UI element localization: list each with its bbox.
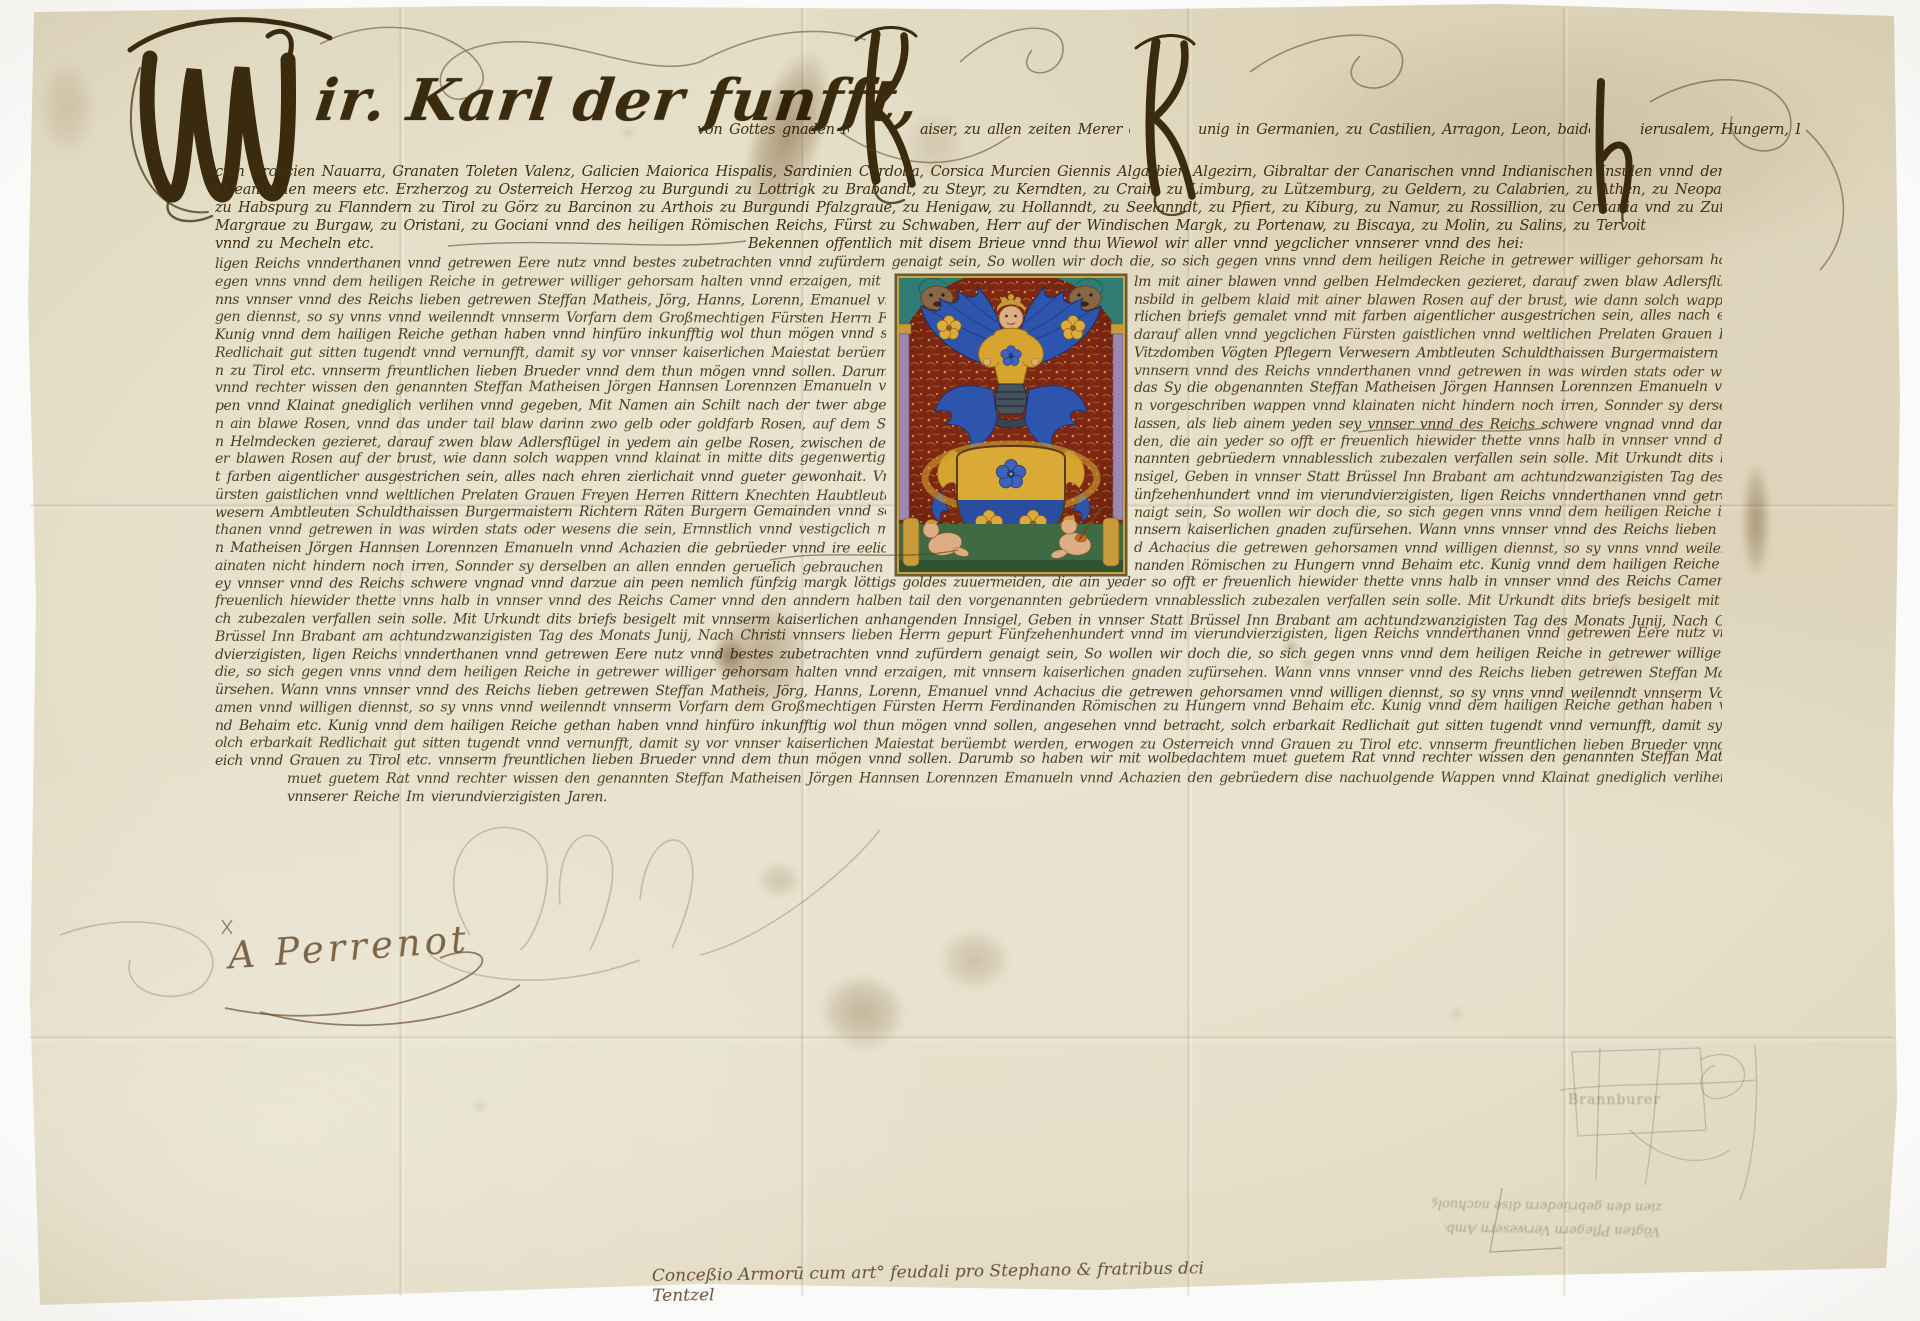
manuscript-text-line: amen vnnd willigen diennst, so sy vnns v… [215, 697, 1722, 716]
manuscript-text-line: t farben aigentlicher ausgestrichen sein… [215, 469, 886, 485]
baluster-left [903, 518, 919, 566]
manuscript-text-line: n Matheisen Jörgen Hannsen Lorennzen Ema… [215, 540, 886, 557]
manuscript-text-line: dvierzigisten, ligen Reichs vnnderthanen… [215, 646, 1722, 663]
manuscript-text-line: ürsten gaistlichen vnnd weltlichen Prela… [215, 487, 886, 504]
manuscript-text-line: naigt sein, So wollen wir doch die, so s… [1134, 504, 1722, 521]
stain [622, 128, 635, 138]
manuscript-text-line: thanen vnnd getrewen in was wirden stats… [215, 521, 886, 538]
manuscript-text-line: ünfzehenhundert vnnd im vierundvierzigis… [1134, 487, 1722, 505]
manuscript-text-line: lm mit ainer blawen vnnd gelben Helmdeck… [1134, 274, 1722, 290]
stain [1742, 462, 1770, 577]
manuscript-text-line: die, so sich gegen vnns vnnd dem heilige… [215, 664, 1722, 681]
stain [1566, 626, 1580, 638]
manuscript-text-line: Kunig vnnd dem hailigen Reiche gethan ha… [215, 326, 886, 343]
stain [712, 636, 746, 676]
manuscript-text-line: den, die ain yeder so offt er freuenlich… [1134, 432, 1722, 450]
docket-inscription: Conceßio Armorū cum art° feudali pro Ste… [652, 1258, 1253, 1306]
manuscript-text-line: nns vnnser vnnd des Reichs lieben getrew… [215, 292, 886, 309]
stain [254, 378, 265, 387]
stain [1660, 330, 1678, 344]
manuscript-text-line: muet guetem Rat vnnd rechter wissen den … [287, 770, 1722, 787]
pilaster-right [1113, 334, 1123, 520]
manuscript-text-line: darauf allen vnnd yegclichen Fürsten gai… [1134, 326, 1722, 343]
manuscript-text-line: rlichen briefs gemalet vnnd mit farben a… [1134, 307, 1722, 325]
stain [1610, 664, 1620, 673]
stain [1283, 640, 1299, 654]
manuscript-text-line: er blawen Rosen auf der brust, wie dann … [215, 450, 886, 467]
manuscript-text-line: das Sy die obgenannten Steffan Matheisen… [1134, 379, 1722, 396]
intitulatio-name: ir. Karl der funfft, [312, 70, 922, 130]
stain [1302, 658, 1314, 668]
manuscript-text-line: lassen, als lieb ainem yeden sey vnnser … [1134, 416, 1722, 433]
pencil-inscription: Brannburer [1568, 1092, 1661, 1108]
manuscript-text-line: freuenlich hiewider thette vnns halb in … [215, 593, 1722, 609]
manuscript-text-line: vnnserer Reiche Im vierundvierzigisten J… [287, 789, 645, 805]
flipped-ink-annotation: zien den gebrüedern dise nachuolgende Wa… [1432, 1196, 1662, 1214]
manuscript-text-line: nanden Römischen zu Hungern vnnd Behaim … [1134, 556, 1722, 574]
manuscript-text-line: egen vnns vnnd dem heiligen Reiche in ge… [215, 273, 886, 290]
baluster-right [1103, 518, 1119, 566]
stain [472, 1100, 488, 1112]
promulgatio: Bekennen offentlich mit disem Brieue vnn… [748, 236, 1100, 253]
manuscript-text-line: ainaten nicht hindern noch irren, Sonnde… [215, 558, 886, 576]
stain [40, 60, 95, 155]
manuscript-text-line: n ain blawe Rosen, vnnd das under tail b… [215, 416, 886, 433]
title-line6-left: vnnd zu Mecheln etc. [215, 236, 445, 253]
manuscript-text-line: vnnd rechter wissen den genannten Steffa… [215, 378, 886, 396]
manuscript-text-line: n vorgeschriben wappen vnnd klainaten ni… [1134, 398, 1722, 414]
coat-of-arms-miniature [893, 272, 1129, 578]
charter-photograph: ir. Karl der funfft, von Gottes gnaden R… [0, 0, 1920, 1321]
manuscript-text-line: Redlichait gut sitten tugendt vnnd vernu… [215, 345, 886, 361]
manuscript-text-line: nd Behaim etc. Kunig vnnd dem hailigen R… [215, 718, 1722, 734]
fold-crease-horizontal [30, 1035, 1894, 1042]
pilaster-left [899, 334, 909, 520]
manuscript-text-line: nnsern kaiserlichen gnaden zufürsehen. W… [1134, 522, 1722, 538]
manuscript-text-line: vnnsern vnnd des Reichs vnnderthanen vnn… [1134, 363, 1722, 381]
stain [758, 862, 800, 898]
flipped-ink-annotation: Vögten Pflegern Verwesern Ambtleuten Sch… [1445, 1220, 1660, 1238]
stain [1250, 20, 1870, 280]
manuscript-text-line: nsigel, Geben in vnnser Statt Brüssel In… [1134, 469, 1722, 486]
stain [1450, 1008, 1463, 1019]
manuscript-text-line: pen vnnd Klainat gnediglich verlihen vnn… [215, 397, 886, 414]
manuscript-text-line: wesern Ambtleuten Schuldthaissen Burgerm… [215, 503, 886, 521]
manuscript-text-line: nannten gebrüedern vnnablesslich zubezal… [1134, 450, 1722, 467]
stain [1196, 720, 1209, 731]
manuscript-text-line: d Achacius die getrewen gehorsamen vnnd … [1134, 540, 1722, 557]
manuscript-text-line: gen diennst, so sy vnns vnnd weilenndt v… [215, 309, 886, 327]
stain [940, 930, 1010, 990]
manuscript-text-line: nsbild in gelbem klaid mit ainer blawen … [1134, 292, 1722, 309]
stain [905, 110, 965, 180]
manuscript-text-line: Vitzdomben Vögten Pflegern Verwesern Amb… [1134, 345, 1722, 362]
